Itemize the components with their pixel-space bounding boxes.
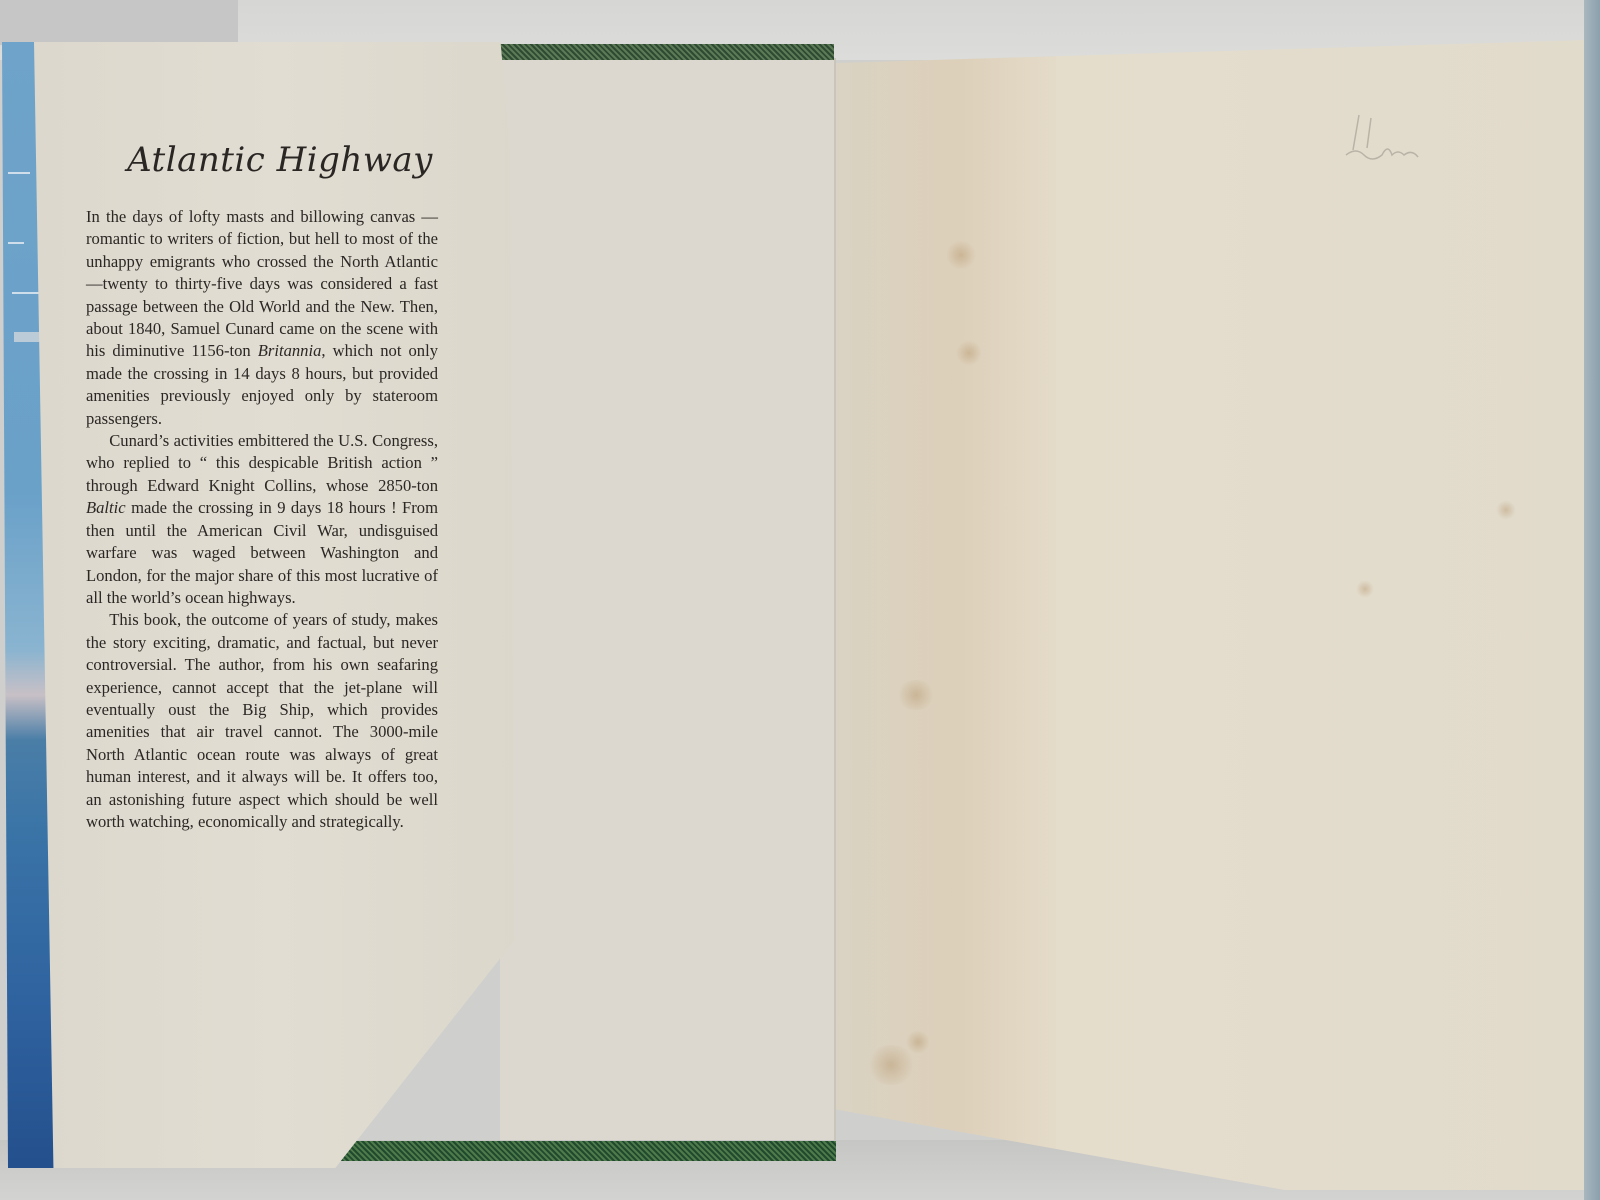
spine-decoration	[12, 292, 40, 294]
blurb-text: In the days of lofty masts and billowing…	[86, 207, 438, 360]
cloth-binding-top-edge	[500, 44, 834, 60]
blurb-paragraph-2: Cunard’s activities embittered the U.S. …	[86, 430, 438, 609]
foxing-spot	[896, 680, 936, 710]
blurb-paragraph-3: This book, the outcome of years of study…	[86, 609, 438, 833]
foxing-spot	[866, 1045, 916, 1085]
ship-name-britannia: Britannia	[258, 341, 322, 360]
endpaper-right-page	[836, 40, 1584, 1190]
background-shelf	[0, 0, 238, 45]
blurb-text: made the crossing in 9 days 18 hours ! F…	[86, 498, 438, 607]
foxing-spot	[1496, 500, 1516, 520]
foxing-spot	[1356, 580, 1374, 598]
blurb-paragraph-1: In the days of lofty masts and billowing…	[86, 206, 438, 430]
spine-decoration	[8, 242, 24, 244]
foxing-spot	[906, 1030, 930, 1054]
flap-blurb: In the days of lofty masts and billowing…	[86, 206, 438, 833]
gutter-stain	[836, 40, 1056, 1190]
foxing-spot	[956, 340, 982, 366]
book-title: Atlantic Highway	[100, 140, 460, 180]
spine-decoration	[8, 172, 30, 174]
pencil-mark-icon	[1341, 110, 1481, 170]
blurb-text: Cunard’s activities embittered the U.S. …	[86, 431, 438, 495]
inner-cover-board	[500, 58, 836, 1140]
ship-name-baltic: Baltic	[86, 498, 126, 517]
cloth-binding-bottom-edge	[330, 1141, 836, 1161]
background-right-edge	[1584, 0, 1600, 1200]
foxing-spot	[946, 240, 976, 270]
blurb-text: This book, the outcome of years of study…	[86, 610, 438, 831]
